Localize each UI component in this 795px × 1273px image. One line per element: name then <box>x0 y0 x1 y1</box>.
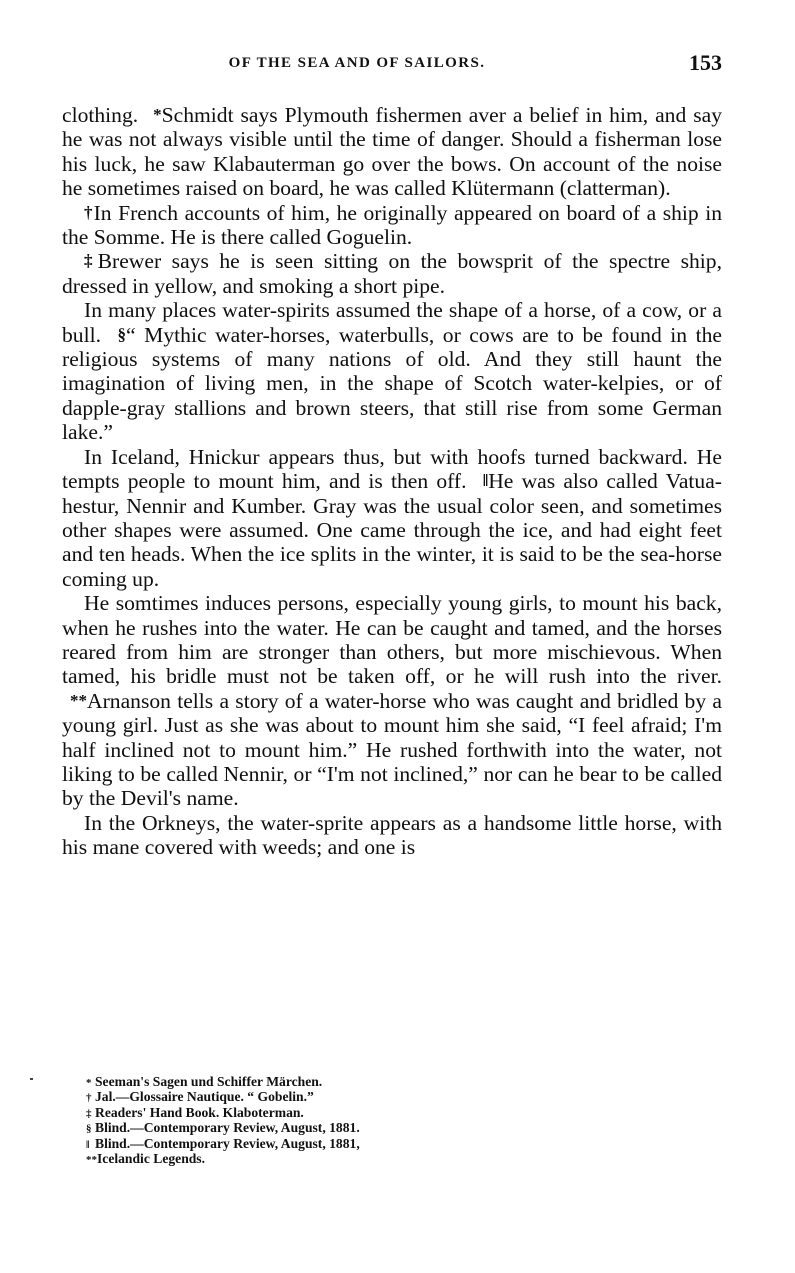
paragraph-text: Brewer says he is seen sitting on the bo… <box>62 249 722 297</box>
footnote: ‡Readers' Hand Book. Klaboterman. <box>86 1106 506 1121</box>
footnote-mark: ** <box>86 1154 97 1167</box>
paragraph: In many places water-spirits assumed the… <box>62 298 722 444</box>
footnote: *Seeman's Sagen und Schiffer Märchen. <box>86 1075 506 1090</box>
footnote-reference-mark: ** <box>70 691 87 710</box>
paragraph-text: “ Mythic water-horses, water­bulls, or c… <box>62 323 722 445</box>
footnote-mark: ‖ <box>86 1139 95 1152</box>
footnote-text: Seeman's Sagen und Schiffer Märchen. <box>95 1074 322 1089</box>
footnote-mark: † <box>86 1092 95 1105</box>
paragraph: In the Orkneys, the water-sprite appears… <box>62 811 722 860</box>
paragraph-text: In French accounts of him, he originally… <box>62 201 722 249</box>
running-head: OF THE SEA AND OF SAILORS. 153 <box>62 50 722 76</box>
paragraph: †In French accounts of him, he originall… <box>62 201 722 250</box>
footnote-mark: * <box>86 1077 95 1090</box>
paragraph-text: In the Orkneys, the water-sprite appears… <box>62 811 722 859</box>
footnote-reference-mark: ‡ <box>84 251 98 270</box>
footnote: **Icelandic Legends. <box>86 1152 506 1167</box>
footnote-text: Blind.—Contemporary Review, August, 1881… <box>95 1136 360 1151</box>
paragraph: clothing. *Schmidt says Plymouth fisherm… <box>62 103 722 201</box>
footnote: ‖Blind.—Contemporary Review, August, 188… <box>86 1137 506 1152</box>
footnote-text: Jal.—Glossaire Nautique. “ Gobelin.” <box>95 1089 314 1104</box>
margin-speck <box>30 1078 33 1080</box>
paragraph: He somtimes induces persons, especially … <box>62 591 722 811</box>
footnote: §Blind.—Contemporary Review, August, 188… <box>86 1121 506 1136</box>
paragraph: ‡Brewer says he is seen sitting on the b… <box>62 249 722 298</box>
paragraph-text: clothing. <box>62 103 145 127</box>
footnote-reference-mark: § <box>118 325 127 344</box>
footnote-reference-mark: † <box>84 203 94 222</box>
footnote-mark: ‡ <box>86 1108 95 1121</box>
footnote-text: Icelandic Legends. <box>97 1151 205 1166</box>
paragraph-text: Schmidt says Plymouth fishermen aver a b… <box>62 103 722 200</box>
footnote-text: Readers' Hand Book. Klaboterman. <box>95 1105 304 1120</box>
book-page: OF THE SEA AND OF SAILORS. 153 clothing.… <box>0 0 795 1273</box>
paragraph-text: Arnanson tells a story of a water-horse … <box>62 689 722 811</box>
paragraph: In Iceland, Hnickur appears thus, but wi… <box>62 445 722 591</box>
running-title: OF THE SEA AND OF SAILORS. <box>62 55 652 72</box>
footnote-mark: § <box>86 1123 95 1136</box>
footnotes: *Seeman's Sagen und Schiffer Märchen. †J… <box>86 1075 506 1167</box>
page-number: 153 <box>689 50 722 76</box>
footnote: †Jal.—Glossaire Nautique. “ Gobelin.” <box>86 1090 506 1105</box>
body-text: clothing. *Schmidt says Plymouth fisherm… <box>62 103 722 860</box>
footnote-reference-mark: * <box>153 105 162 124</box>
footnote-text: Blind.—Contemporary Review, August, 1881… <box>95 1120 360 1135</box>
paragraph-text: He somtimes induces persons, especially … <box>62 591 722 688</box>
